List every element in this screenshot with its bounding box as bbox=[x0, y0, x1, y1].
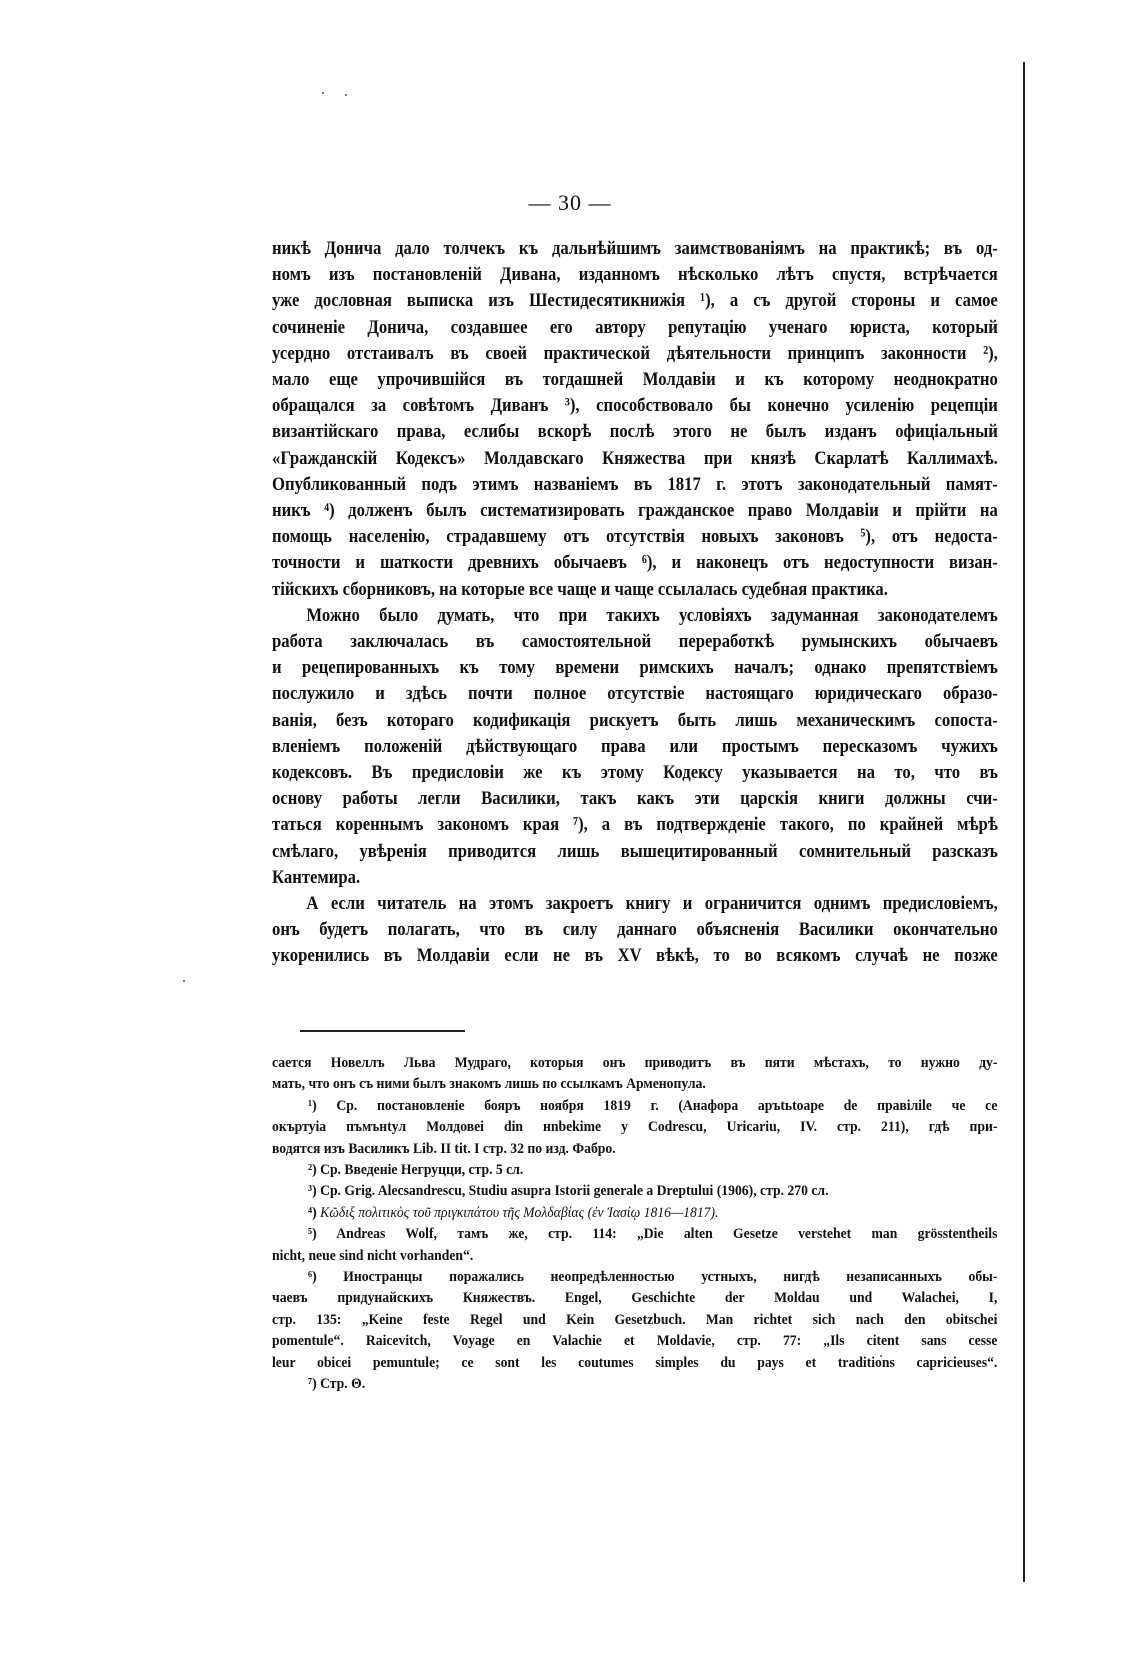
footnote-marker: ⁴) bbox=[308, 1204, 317, 1221]
text-line: основу работы легли Василики, такъ какъ … bbox=[272, 786, 998, 812]
footnote-6: ⁶) Иностранцы поражались неопредѣленност… bbox=[272, 1266, 925, 1373]
text-line: кодексовъ. Въ предисловіи же къ этому Ко… bbox=[272, 760, 998, 786]
text-line: и рецепированныхъ къ тому времени римски… bbox=[272, 655, 998, 681]
scan-speck bbox=[322, 92, 324, 94]
page-edge-rule bbox=[1023, 62, 1025, 1582]
text-line: Опубликованный подъ этимъ названіемъ въ … bbox=[272, 472, 998, 498]
footnote-4: ⁴) Κῶδιξ πολιτικὸς τοῦ πριγκιπάτου τῆς Μ… bbox=[272, 1202, 925, 1223]
text-line: таться кореннымъ закономъ края ⁷), а въ … bbox=[272, 812, 998, 838]
text-line: Кантемира. bbox=[272, 865, 998, 891]
footnotes: сается Новеллъ Льва Мудраго, которыя онъ… bbox=[272, 1052, 925, 1395]
text-line: смѣлаго, увѣренія приводится лишь вышеци… bbox=[272, 839, 998, 865]
paragraph: никѣ Донича дало толчекъ къ дальнѣйшимъ … bbox=[272, 236, 896, 603]
text-line: византійскаго права, еслибы вскорѣ послѣ… bbox=[272, 419, 998, 445]
footnote-line: ¹) Ср. постановленіе бояръ ноября 1819 г… bbox=[272, 1095, 997, 1116]
footnote-line: чаевъ придунайскихъ Княжествъ. Engel, Ge… bbox=[272, 1287, 997, 1308]
footnote-line: стр. 135: „Keine feste Regel und Kein Ge… bbox=[272, 1309, 997, 1330]
text-line: помощь населенію, страдавшему отъ отсутс… bbox=[272, 524, 998, 550]
body-text: никѣ Донича дало толчекъ къ дальнѣйшимъ … bbox=[272, 236, 896, 970]
footnote-line: водятся изъ Василикъ Lib. II tit. I стр.… bbox=[272, 1138, 997, 1159]
footnote-line: ⁴) Κῶδιξ πολιτικὸς τοῦ πριγκιπάτου τῆς Μ… bbox=[272, 1202, 997, 1223]
footnote-line: ⁶) Иностранцы поражались неопредѣленност… bbox=[272, 1266, 997, 1287]
footnote-line: pomentule“. Raicevitch, Voyage en Valach… bbox=[272, 1330, 997, 1351]
page-number: — 30 — bbox=[0, 190, 1140, 216]
text-line: А если читатель на этомъ закроетъ книгу … bbox=[272, 891, 998, 917]
footnote-marker: ¹) bbox=[308, 1097, 317, 1114]
text-line: Можно было думать, что при такихъ услові… bbox=[272, 603, 998, 629]
footnote-5: ⁵) Andreas Wolf, тамъ же, стр. 114: „Die… bbox=[272, 1223, 925, 1266]
footnote-3: ³) Ср. Grig. Alecsandrescu, Studiu asupr… bbox=[272, 1180, 925, 1201]
footnote-1: ¹) Ср. постановленіе бояръ ноября 1819 г… bbox=[272, 1095, 925, 1159]
footnote-continuation: сается Новеллъ Льва Мудраго, которыя онъ… bbox=[272, 1052, 925, 1095]
paragraph: Можно было думать, что при такихъ услові… bbox=[272, 603, 896, 891]
text-line: усердно отстаивалъ въ своей практической… bbox=[272, 341, 998, 367]
text-line: никъ ⁴) долженъ былъ систематизировать г… bbox=[272, 498, 998, 524]
scan-speck bbox=[345, 94, 347, 96]
text-line: онъ будетъ полагать, что въ силу даннаго… bbox=[272, 917, 998, 943]
paragraph: А если читатель на этомъ закроетъ книгу … bbox=[272, 891, 896, 970]
text-line: тійскихъ сборниковъ, на которые все чаще… bbox=[272, 577, 998, 603]
scan-speck bbox=[183, 980, 185, 982]
footnote-line: ⁵) Andreas Wolf, тамъ же, стр. 114: „Die… bbox=[272, 1223, 997, 1244]
text-line: никѣ Донича дало толчекъ къ дальнѣйшимъ … bbox=[272, 236, 998, 262]
text-line: уже дословная выписка изъ Шестидесятикни… bbox=[272, 288, 998, 314]
footnote-7: ⁷) Стр. Θ. bbox=[272, 1373, 925, 1394]
text-line: мало еще упрочившійся въ тогдашней Молда… bbox=[272, 367, 998, 393]
footnote-marker: ²) bbox=[308, 1161, 317, 1178]
footnote-line: ²) Ср. Введеніе Негруцци, стр. 5 сл. bbox=[272, 1159, 997, 1180]
text-line: ванія, безъ котораго кодификація рискует… bbox=[272, 708, 998, 734]
footnote-line: сается Новеллъ Льва Мудраго, которыя онъ… bbox=[272, 1052, 997, 1073]
footnote-line: leur obicei pemuntule; ce sont les coutu… bbox=[272, 1352, 997, 1373]
text-line: послужило и здѣсь почти полное отсутстві… bbox=[272, 681, 998, 707]
text-line: обращался за совѣтомъ Диванъ ³), способс… bbox=[272, 393, 998, 419]
footnote-separator bbox=[300, 1030, 465, 1032]
text-line: номъ изъ постановленій Дивана, изданномъ… bbox=[272, 262, 998, 288]
footnote-2: ²) Ср. Введеніе Негруцци, стр. 5 сл. bbox=[272, 1159, 925, 1180]
footnote-marker: ⁵) bbox=[308, 1225, 317, 1242]
text-line: укоренились въ Молдавіи если не въ XV вѣ… bbox=[272, 943, 998, 969]
footnote-line: мать, что онъ съ ними былъ знакомъ лишь … bbox=[272, 1073, 997, 1094]
text-line: вленіемъ положеній дѣйствующаго права ил… bbox=[272, 734, 998, 760]
footnote-line: окъртуia пъмънtyл Молдовеi din нnbekime … bbox=[272, 1116, 997, 1137]
footnote-line: nicht, neue sind nicht vorhanden“. bbox=[272, 1245, 997, 1266]
footnote-marker: ⁷) bbox=[308, 1375, 317, 1392]
text-line: «Гражданскій Кодексъ» Молдавскаго Княжес… bbox=[272, 446, 998, 472]
footnote-line: ⁷) Стр. Θ. bbox=[272, 1373, 997, 1394]
text-line: работа заключалась въ самостоятельной пе… bbox=[272, 629, 998, 655]
text-line: точности и шаткости древнихъ обычаевъ ⁶)… bbox=[272, 550, 998, 576]
footnote-marker: ⁶) bbox=[308, 1268, 317, 1285]
text-line: сочиненіе Донича, создавшее его автору р… bbox=[272, 315, 998, 341]
footnote-marker: ³) bbox=[308, 1182, 317, 1199]
footnote-line: ³) Ср. Grig. Alecsandrescu, Studiu asupr… bbox=[272, 1180, 997, 1201]
